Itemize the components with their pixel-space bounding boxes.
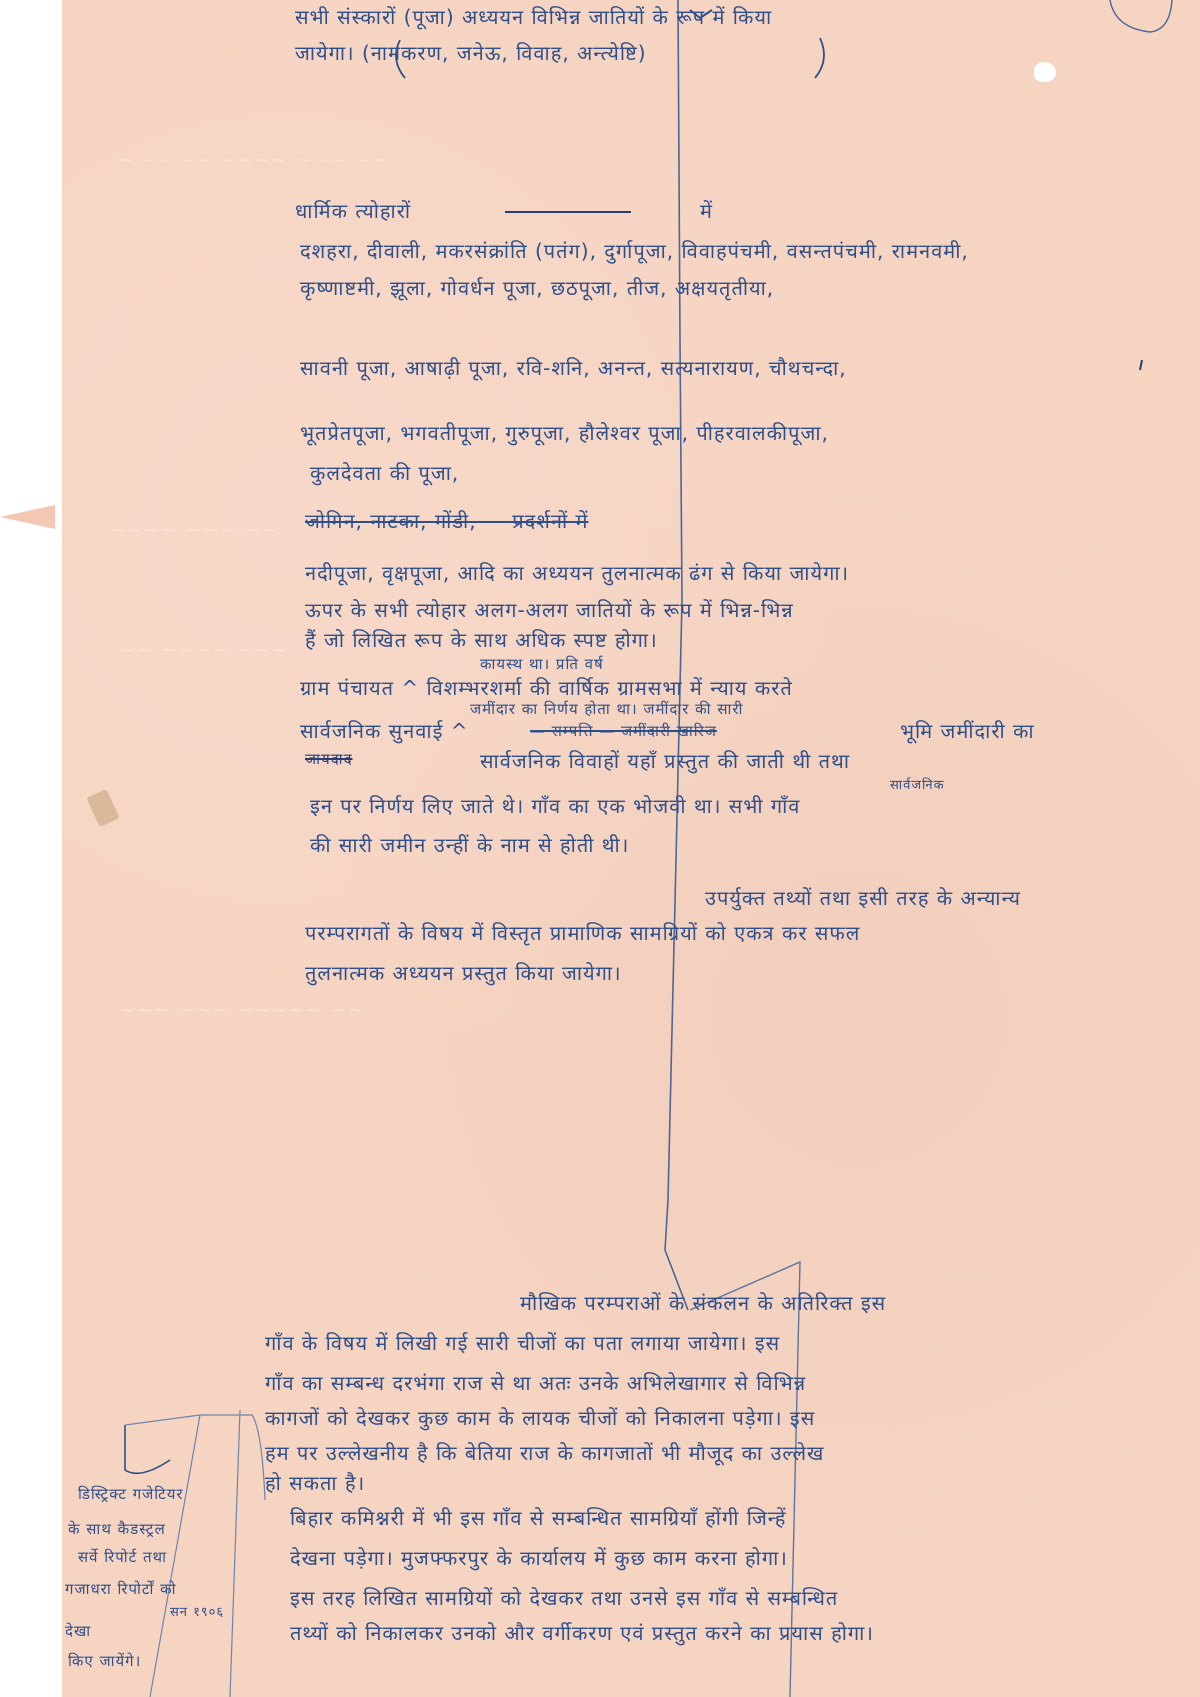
- text-line: इन पर निर्णय लिए जाते थे। गाँव का एक भोज…: [310, 793, 800, 819]
- text-line: हैं जो लिखित रूप के साथ अधिक स्पष्ट होगा…: [305, 627, 658, 653]
- section-heading: धार्मिक त्योहारों: [295, 198, 411, 224]
- text-line: कागजों को देखकर कुछ काम के लायक चीजों को…: [265, 1405, 815, 1431]
- text-line: हम पर उल्लेखनीय है कि बेतिया राज के कागज…: [265, 1440, 824, 1466]
- struck-text: ——————: [505, 198, 631, 224]
- margin-note-line: डिस्ट्रिक्ट गजेटियर: [78, 1485, 184, 1505]
- margin-note-line: सन १९०६: [170, 1605, 224, 1622]
- text-line: की सारी जमीन उन्हीं के नाम से होती थी।: [310, 832, 629, 858]
- text-line: गाँव के विषय में लिखी गई सारी चीजों का प…: [265, 1330, 780, 1356]
- text-line: सार्वजनिक विवाहों यहाँ प्रस्तुत की जाती …: [480, 748, 850, 774]
- margin-note-line: गजाधरा रिपोर्टों को: [65, 1580, 177, 1600]
- text-line: भूतप्रेतपूजा, भगवतीपूजा, गुरुपूजा, हौलेश…: [300, 420, 829, 446]
- text-line: सावनी पूजा, आषाढ़ी पूजा, रवि-शनि, अनन्त,…: [300, 355, 847, 381]
- text-line: कृष्णाष्टमी, झूला, गोवर्धन पूजा, छठपूजा,…: [300, 275, 774, 301]
- struck-text: — सम्पत्ति — जमींदारी खारिज: [530, 722, 717, 742]
- inserted-text: कायस्थ था। प्रति वर्ष: [480, 655, 604, 675]
- text-line: ऊपर के सभी त्योहार अलग-अलग जातियों के रू…: [305, 597, 794, 623]
- margin-note-line: सर्वे रिपोर्ट तथा: [78, 1548, 167, 1568]
- text-line: में: [700, 198, 713, 224]
- margin-note-line: के साथ कैडस्ट्रल: [68, 1520, 166, 1540]
- text-line: देखना पड़ेगा। मुजफ्फरपुर के कार्यालय में…: [290, 1545, 788, 1571]
- text-line: तुलनात्मक अध्ययन प्रस्तुत किया जायेगा।: [305, 960, 622, 986]
- text-line: तथ्यों को निकालकर उनको और वर्गीकरण एवं प…: [290, 1620, 874, 1646]
- struck-text: जोगिन, नाटका, गोंडी, — प्रदर्शनों में: [305, 508, 588, 534]
- margin-note-line: किए जायेंगे।: [68, 1652, 141, 1672]
- text-line: उपर्युक्त तथ्यों तथा इसी तरह के अन्यान्य: [705, 885, 1021, 911]
- inserted-text: जमींदार का निर्णय होता था। जमींदार की सा…: [470, 700, 743, 720]
- text-line: दशहरा, दीवाली, मकरसंक्रांति (पतंग), दुर्…: [300, 238, 969, 264]
- margin-note-line: देखा: [65, 1622, 91, 1642]
- text-line: सभी संस्कारों (पूजा) अध्ययन विभिन्न जाति…: [295, 4, 772, 30]
- text-line: हो सकता है।: [265, 1470, 365, 1496]
- text-line: सार्वजनिक सुनवाई ^: [300, 718, 469, 744]
- text-line: ग्राम पंचायत ^ विशम्भरशर्मा की वार्षिक ग…: [300, 675, 793, 701]
- text-line: इस तरह लिखित सामग्रियों को देखकर तथा उनस…: [290, 1585, 838, 1611]
- text-line: भूमि जमींदारी का: [900, 718, 1035, 744]
- text-line: कुलदेवता की पूजा,: [310, 460, 459, 486]
- text-line: बिहार कमिश्नरी में भी इस गाँव से सम्बन्ध…: [290, 1505, 786, 1531]
- struck-text: जायदाद: [305, 750, 353, 770]
- inserted-text: सार्वजनिक: [890, 778, 945, 795]
- text-line: जायेगा। (नामकरण, जनेऊ, विवाह, अन्त्येष्ट…: [295, 40, 647, 66]
- text-line: गाँव का सम्बन्ध दरभंगा राज से था अतः उनक…: [265, 1370, 806, 1396]
- text-line: परम्परागतों के विषय में विस्तृत प्रामाणि…: [305, 920, 860, 946]
- text-line: मौखिक परम्पराओं के संकलन के अतिरिक्त इस: [520, 1290, 886, 1316]
- text-line: नदीपूजा, वृक्षपूजा, आदि का अध्ययन तुलनात…: [305, 560, 849, 586]
